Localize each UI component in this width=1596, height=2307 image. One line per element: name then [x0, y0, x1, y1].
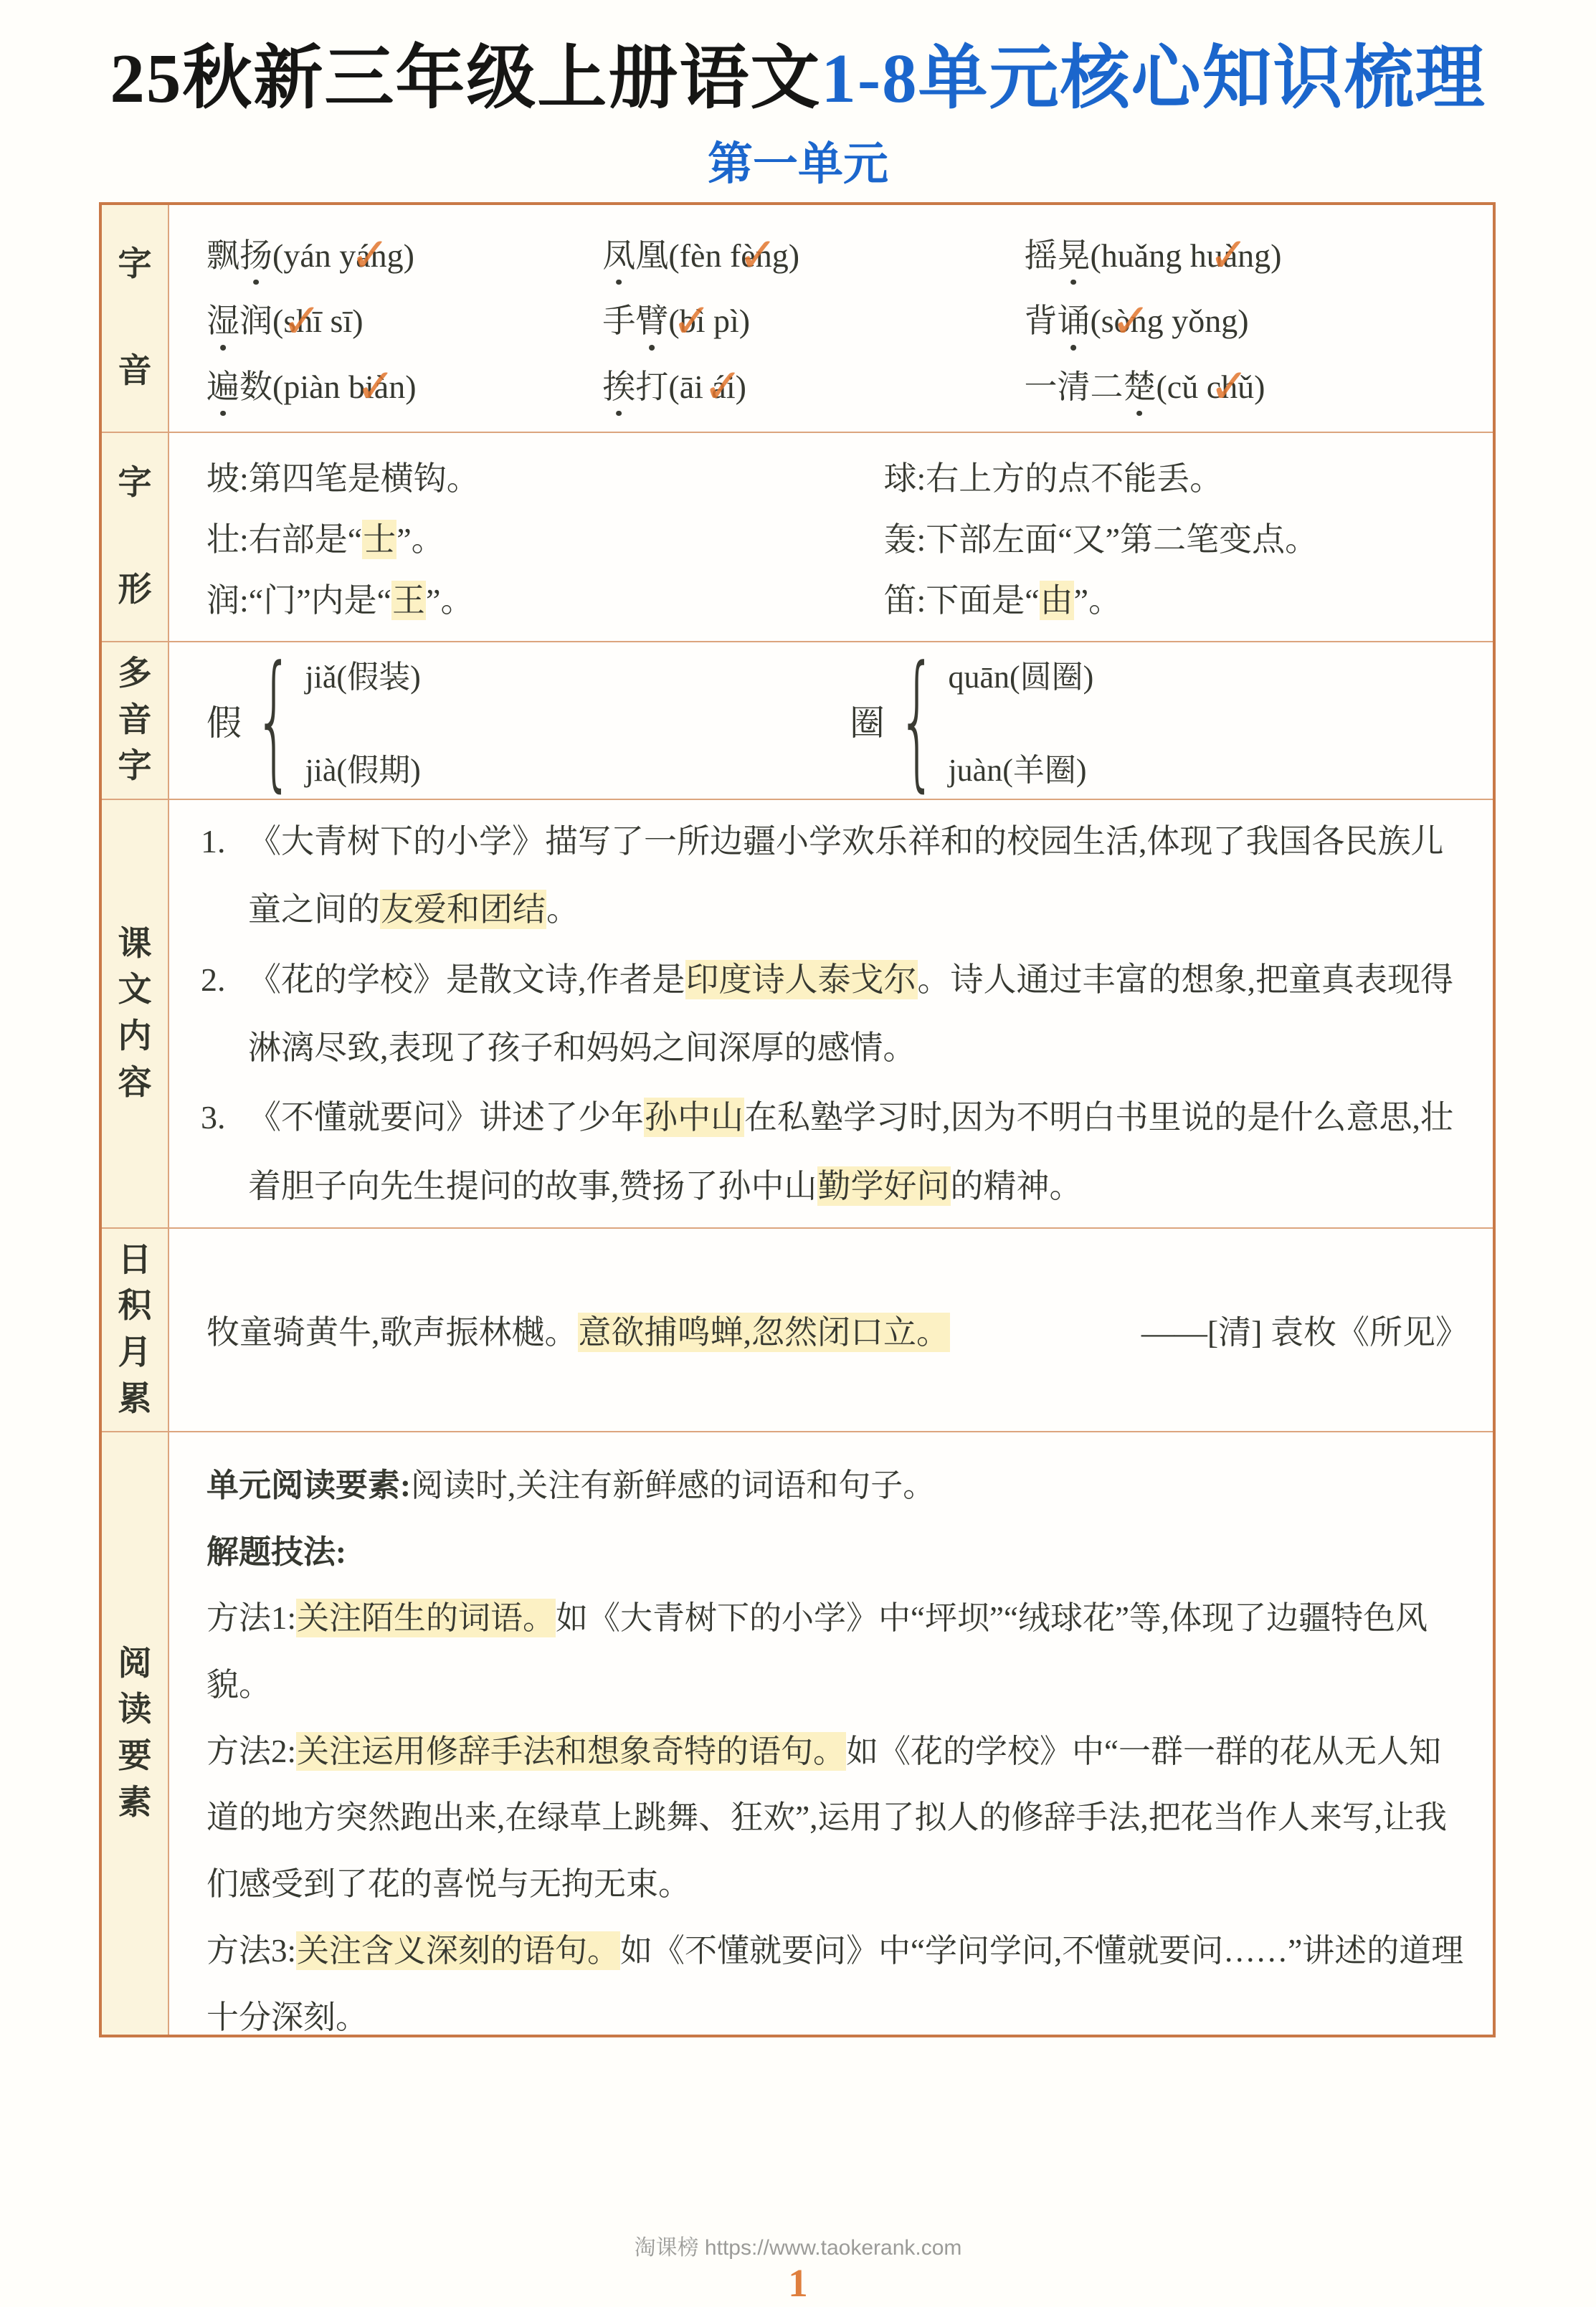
label-char: 积 [118, 1288, 152, 1326]
poem-attribution: ——[清] 袁枚《所见》 [1141, 1306, 1468, 1354]
text: ”。 [1074, 582, 1121, 619]
row-content-yuedu: 单元阅读要素:阅读时,关注有新鲜感的词语和句子。解题技法:方法1:关注陌生的词语… [169, 1432, 1493, 2035]
tested-character: 凤 [602, 229, 635, 277]
item-text: 《大青树下的小学》描写了一所边疆小学欢乐祥和的校园生活,体现了我国各民族儿童之间… [248, 807, 1471, 943]
label-char: 形 [118, 571, 152, 609]
text: 阅读时,关注有新鲜感的词语和句子。 [411, 1468, 935, 1503]
text: ) [1254, 368, 1265, 405]
brace-glyph: { [255, 655, 294, 787]
entry: 润:“门”内是“王”。 [206, 574, 883, 622]
text: 润 [239, 303, 272, 339]
tested-character: 湿 [206, 295, 239, 342]
tested-character: 诵 [1057, 295, 1090, 342]
item-number: 2. [201, 946, 248, 1082]
paragraph: 单元阅读要素:阅读时,关注有新鲜感的词语和句子。 [206, 1452, 1467, 1519]
text: (cǔ [1156, 368, 1206, 405]
highlighted-text: 关注含义深刻的语句。 [296, 1931, 620, 1970]
text: ) [789, 237, 799, 274]
label-char: 字 [118, 465, 152, 503]
page-title-black: 25秋新三年级上册语文 [110, 40, 821, 117]
polyphone-option: quān(圆圈) [948, 651, 1093, 697]
tested-character: 扬 [239, 229, 272, 277]
row-content-duoyinzi: 假{jiǎ(假装)jià(假期)圈{quān(圆圈)juàn(羊圈) [169, 642, 1493, 799]
scanned-study-sheet: 25秋新三年级上册语文1-8单元核心知识梳理 第一单元 字音飘扬(yán yán… [0, 0, 1596, 2307]
label-char: 月 [118, 1334, 152, 1372]
text: 壮:右部是“ [206, 521, 362, 558]
numbered-item: 3.《不懂就要问》讲述了少年孙中山在私塾学习时,因为不明白书里说的是什么意思,壮… [201, 1083, 1471, 1219]
paragraph: 方法1:关注陌生的词语。如《大青树下的小学》中“坪坝”“绒球花”等,体现了边疆特… [206, 1585, 1467, 1718]
entry: 挨打(āi ái) [602, 361, 1024, 408]
brace-glyph: { [898, 655, 937, 787]
label-char: 音 [118, 353, 152, 391]
polyphone-character: 圈 [850, 695, 885, 746]
text: yǒng) [1164, 303, 1249, 339]
label-char: 累 [118, 1381, 152, 1419]
table-row-zixing: 字形坡:第四笔是横钩。球:右上方的点不能丢。壮:右部是“士”。轰:下部左面“又”… [102, 432, 1493, 641]
tested-character: 楚 [1123, 361, 1156, 408]
entry: 球:右上方的点不能丢。 [883, 452, 1484, 500]
numbered-item: 1.《大青树下的小学》描写了一所边疆小学欢乐祥和的校园生活,体现了我国各民族儿童… [201, 807, 1471, 943]
text: (fèn [668, 237, 730, 274]
entry: 坡:第四笔是横钩。 [206, 452, 883, 500]
text: 飘 [206, 237, 239, 274]
label-char: 要 [118, 1738, 152, 1776]
polyphone-options: quān(圆圈)juàn(羊圈) [948, 651, 1093, 790]
pinyin-correct-check: sòng [1101, 302, 1164, 340]
pinyin-correct-check: huàng [1190, 237, 1270, 275]
text: 一清二 [1024, 368, 1123, 405]
entry: 凤凰(fèn fèng) [602, 229, 1024, 277]
text: sī) [322, 303, 364, 339]
row-label-riji: 日积月累 [102, 1229, 169, 1431]
row-label-duoyinzi: 多音字 [102, 642, 169, 799]
text: ) [404, 237, 414, 274]
text: ( [1090, 303, 1101, 339]
text: 背 [1024, 303, 1057, 339]
text: 凰 [635, 237, 668, 274]
paragraph: 解题技法: [206, 1519, 1467, 1586]
label-char: 多 [118, 655, 152, 693]
entry: 笛:下面是“由”。 [883, 574, 1484, 622]
highlighted-text: 关注运用修辞手法和想象奇特的语句。 [296, 1732, 846, 1771]
polyphone-group: 假{jiǎ(假装)jià(假期) [206, 651, 850, 790]
highlighted-text: 友爱和团结 [380, 890, 546, 929]
bold-text: 解题技法: [206, 1534, 346, 1570]
item-text: 《不懂就要问》讲述了少年孙中山在私塾学习时,因为不明白书里说的是什么意思,壮着胆… [248, 1083, 1471, 1219]
text: 球:右上方的点不能丢。 [883, 460, 1222, 497]
entry: 飘扬(yán yáng) [206, 229, 602, 277]
bold-text: 单元阅读要素: [206, 1468, 411, 1503]
label-char: 内 [118, 1018, 152, 1056]
highlighted-text: 王 [391, 581, 426, 620]
footer-watermark: 淘课榜 https://www.taokerank.com [0, 2230, 1596, 2261]
table-row-riji: 日积月累牧童骑黄牛,歌声振林樾。意欲捕鸣蝉,忽然闭口立。——[清] 袁枚《所见》 [102, 1227, 1493, 1431]
label-char: 字 [118, 748, 152, 786]
pinyin-correct-check: chǔ [1207, 368, 1254, 406]
highlighted-text: 士 [362, 520, 396, 559]
page-number: 1 [0, 2260, 1596, 2306]
row-label-ziyin: 字音 [102, 205, 169, 432]
highlighted-text: 印度诗人泰戈尔 [685, 960, 918, 999]
text: ”。 [396, 521, 444, 558]
entry: 壮:右部是“士”。 [206, 513, 883, 561]
text: 坡:第四笔是横钩。 [206, 460, 480, 497]
text: 轰:下部左面“又”第二笔变点。 [883, 521, 1318, 558]
text: 。 [546, 891, 579, 928]
pinyin-correct-check: ái [711, 368, 735, 406]
text: (huǎng [1090, 237, 1189, 274]
pinyin-correct-check: biàn [348, 368, 405, 406]
row-content-ziyin: 飘扬(yán yáng)凤凰(fèn fèng)摇晃(huǎng huàng)湿… [169, 205, 1493, 432]
item-number: 3. [201, 1083, 248, 1219]
pinyin-correct-check: fèng [730, 237, 789, 275]
entry: 一清二楚(cǔ chǔ) [1024, 361, 1484, 408]
highlighted-text: 孙中山 [644, 1098, 744, 1137]
text: (piàn [272, 368, 348, 405]
text: 的精神。 [951, 1168, 1083, 1204]
entry: 轰:下部左面“又”第二笔变点。 [883, 513, 1484, 561]
poem-line: 牧童骑黄牛,歌声振林樾。意欲捕鸣蝉,忽然闭口立。 [206, 1306, 950, 1354]
polyphone-option: jià(假期) [305, 744, 420, 790]
pinyin-correct-check: yáng [339, 237, 403, 275]
tested-character: 臂 [635, 295, 668, 342]
entry: 遍数(piàn biàn) [206, 361, 602, 408]
row-label-yuedu: 阅读要素 [102, 1432, 169, 2035]
label-char: 文 [118, 971, 152, 1009]
table-row-ziyin: 字音飘扬(yán yáng)凤凰(fèn fèng)摇晃(huǎng huàng… [102, 205, 1493, 432]
row-content-kewen: 1.《大青树下的小学》描写了一所边疆小学欢乐祥和的校园生活,体现了我国各民族儿童… [169, 800, 1493, 1227]
text: pì) [706, 303, 751, 339]
text: 方法1: [206, 1600, 296, 1636]
label-char: 日 [118, 1242, 152, 1280]
text: 润:“门”内是“ [206, 582, 391, 619]
row-content-zixing: 坡:第四笔是横钩。球:右上方的点不能丢。壮:右部是“士”。轰:下部左面“又”第二… [169, 433, 1493, 641]
text: 《不懂就要问》讲述了少年 [248, 1099, 644, 1136]
row-label-zixing: 字形 [102, 433, 169, 641]
table-row-kewen: 课文内容1.《大青树下的小学》描写了一所边疆小学欢乐祥和的校园生活,体现了我国各… [102, 799, 1493, 1227]
text: ) [1270, 237, 1281, 274]
entry: 摇晃(huǎng huàng) [1024, 229, 1484, 277]
label-char: 阅 [118, 1645, 152, 1683]
paragraph: 方法3:关注含义深刻的语句。如《不懂就要问》中“学问学问,不懂就要问……”讲述的… [206, 1918, 1467, 2050]
table-row-duoyinzi: 多音字假{jiǎ(假装)jià(假期)圈{quān(圆圈)juàn(羊圈) [102, 641, 1493, 799]
label-char: 容 [118, 1065, 152, 1103]
item-text: 《花的学校》是散文诗,作者是印度诗人泰戈尔。诗人通过丰富的想象,把童真表现得淋漓… [248, 946, 1471, 1082]
text: 数 [239, 368, 272, 405]
label-char: 字 [118, 246, 152, 284]
highlighted-text: 关注陌生的词语。 [296, 1599, 556, 1637]
text: 笛:下面是“ [883, 582, 1039, 619]
text: 手 [602, 303, 635, 339]
tested-character: 晃 [1057, 229, 1090, 277]
text: 方法2: [206, 1733, 296, 1769]
polyphone-option: juàn(羊圈) [948, 744, 1093, 790]
label-char: 课 [118, 926, 152, 964]
text: 方法3: [206, 1933, 296, 1969]
text: (yán [272, 237, 339, 274]
entry: 湿润(shī sī) [206, 295, 602, 342]
polyphone-option: jiǎ(假装) [305, 651, 420, 697]
entry: 背诵(sòng yǒng) [1024, 295, 1484, 342]
text: 《花的学校》是散文诗,作者是 [248, 961, 685, 998]
pinyin-correct-check: bì [680, 302, 706, 340]
row-content-riji: 牧童骑黄牛,歌声振林樾。意欲捕鸣蝉,忽然闭口立。——[清] 袁枚《所见》 [169, 1229, 1493, 1431]
text: ) [405, 368, 416, 405]
unit-subtitle: 第一单元 [0, 128, 1596, 193]
numbered-item: 2.《花的学校》是散文诗,作者是印度诗人泰戈尔。诗人通过丰富的想象,把童真表现得… [201, 946, 1471, 1082]
highlighted-text: 意欲捕鸣蝉,忽然闭口立。 [578, 1313, 951, 1352]
highlighted-text: 勤学好问 [817, 1166, 951, 1206]
tested-character: 挨 [602, 361, 635, 408]
tested-character: 遍 [206, 361, 239, 408]
page-title: 25秋新三年级上册语文1-8单元核心知识梳理 [0, 39, 1596, 119]
entry: 手臂(bì pì) [602, 295, 1024, 342]
label-char: 素 [118, 1784, 152, 1822]
label-char: 音 [118, 702, 152, 740]
highlighted-text: 由 [1040, 581, 1074, 620]
text: ”。 [426, 582, 473, 619]
table-row-yuedu: 阅读要素单元阅读要素:阅读时,关注有新鲜感的词语和句子。解题技法:方法1:关注陌… [102, 1431, 1493, 2035]
polyphone-group: 圈{quān(圆圈)juàn(羊圈) [850, 651, 1493, 790]
item-number: 1. [201, 807, 248, 943]
page-title-blue: 1-8单元核心知识梳理 [821, 40, 1486, 117]
text: 牧童骑黄牛,歌声振林樾。 [206, 1314, 578, 1351]
polyphone-options: jiǎ(假装)jià(假期) [305, 651, 420, 790]
row-label-kewen: 课文内容 [102, 800, 169, 1227]
paragraph: 方法2:关注运用修辞手法和想象奇特的语句。如《花的学校》中“一群一群的花从无人知… [206, 1718, 1467, 1918]
text: 摇 [1024, 237, 1057, 274]
polyphone-character: 假 [206, 695, 242, 746]
summary-table: 字音飘扬(yán yáng)凤凰(fèn fèng)摇晃(huǎng huàng… [99, 202, 1496, 2037]
text: 打 [635, 368, 668, 405]
pinyin-correct-check: shī [283, 302, 322, 340]
label-char: 读 [118, 1691, 152, 1729]
